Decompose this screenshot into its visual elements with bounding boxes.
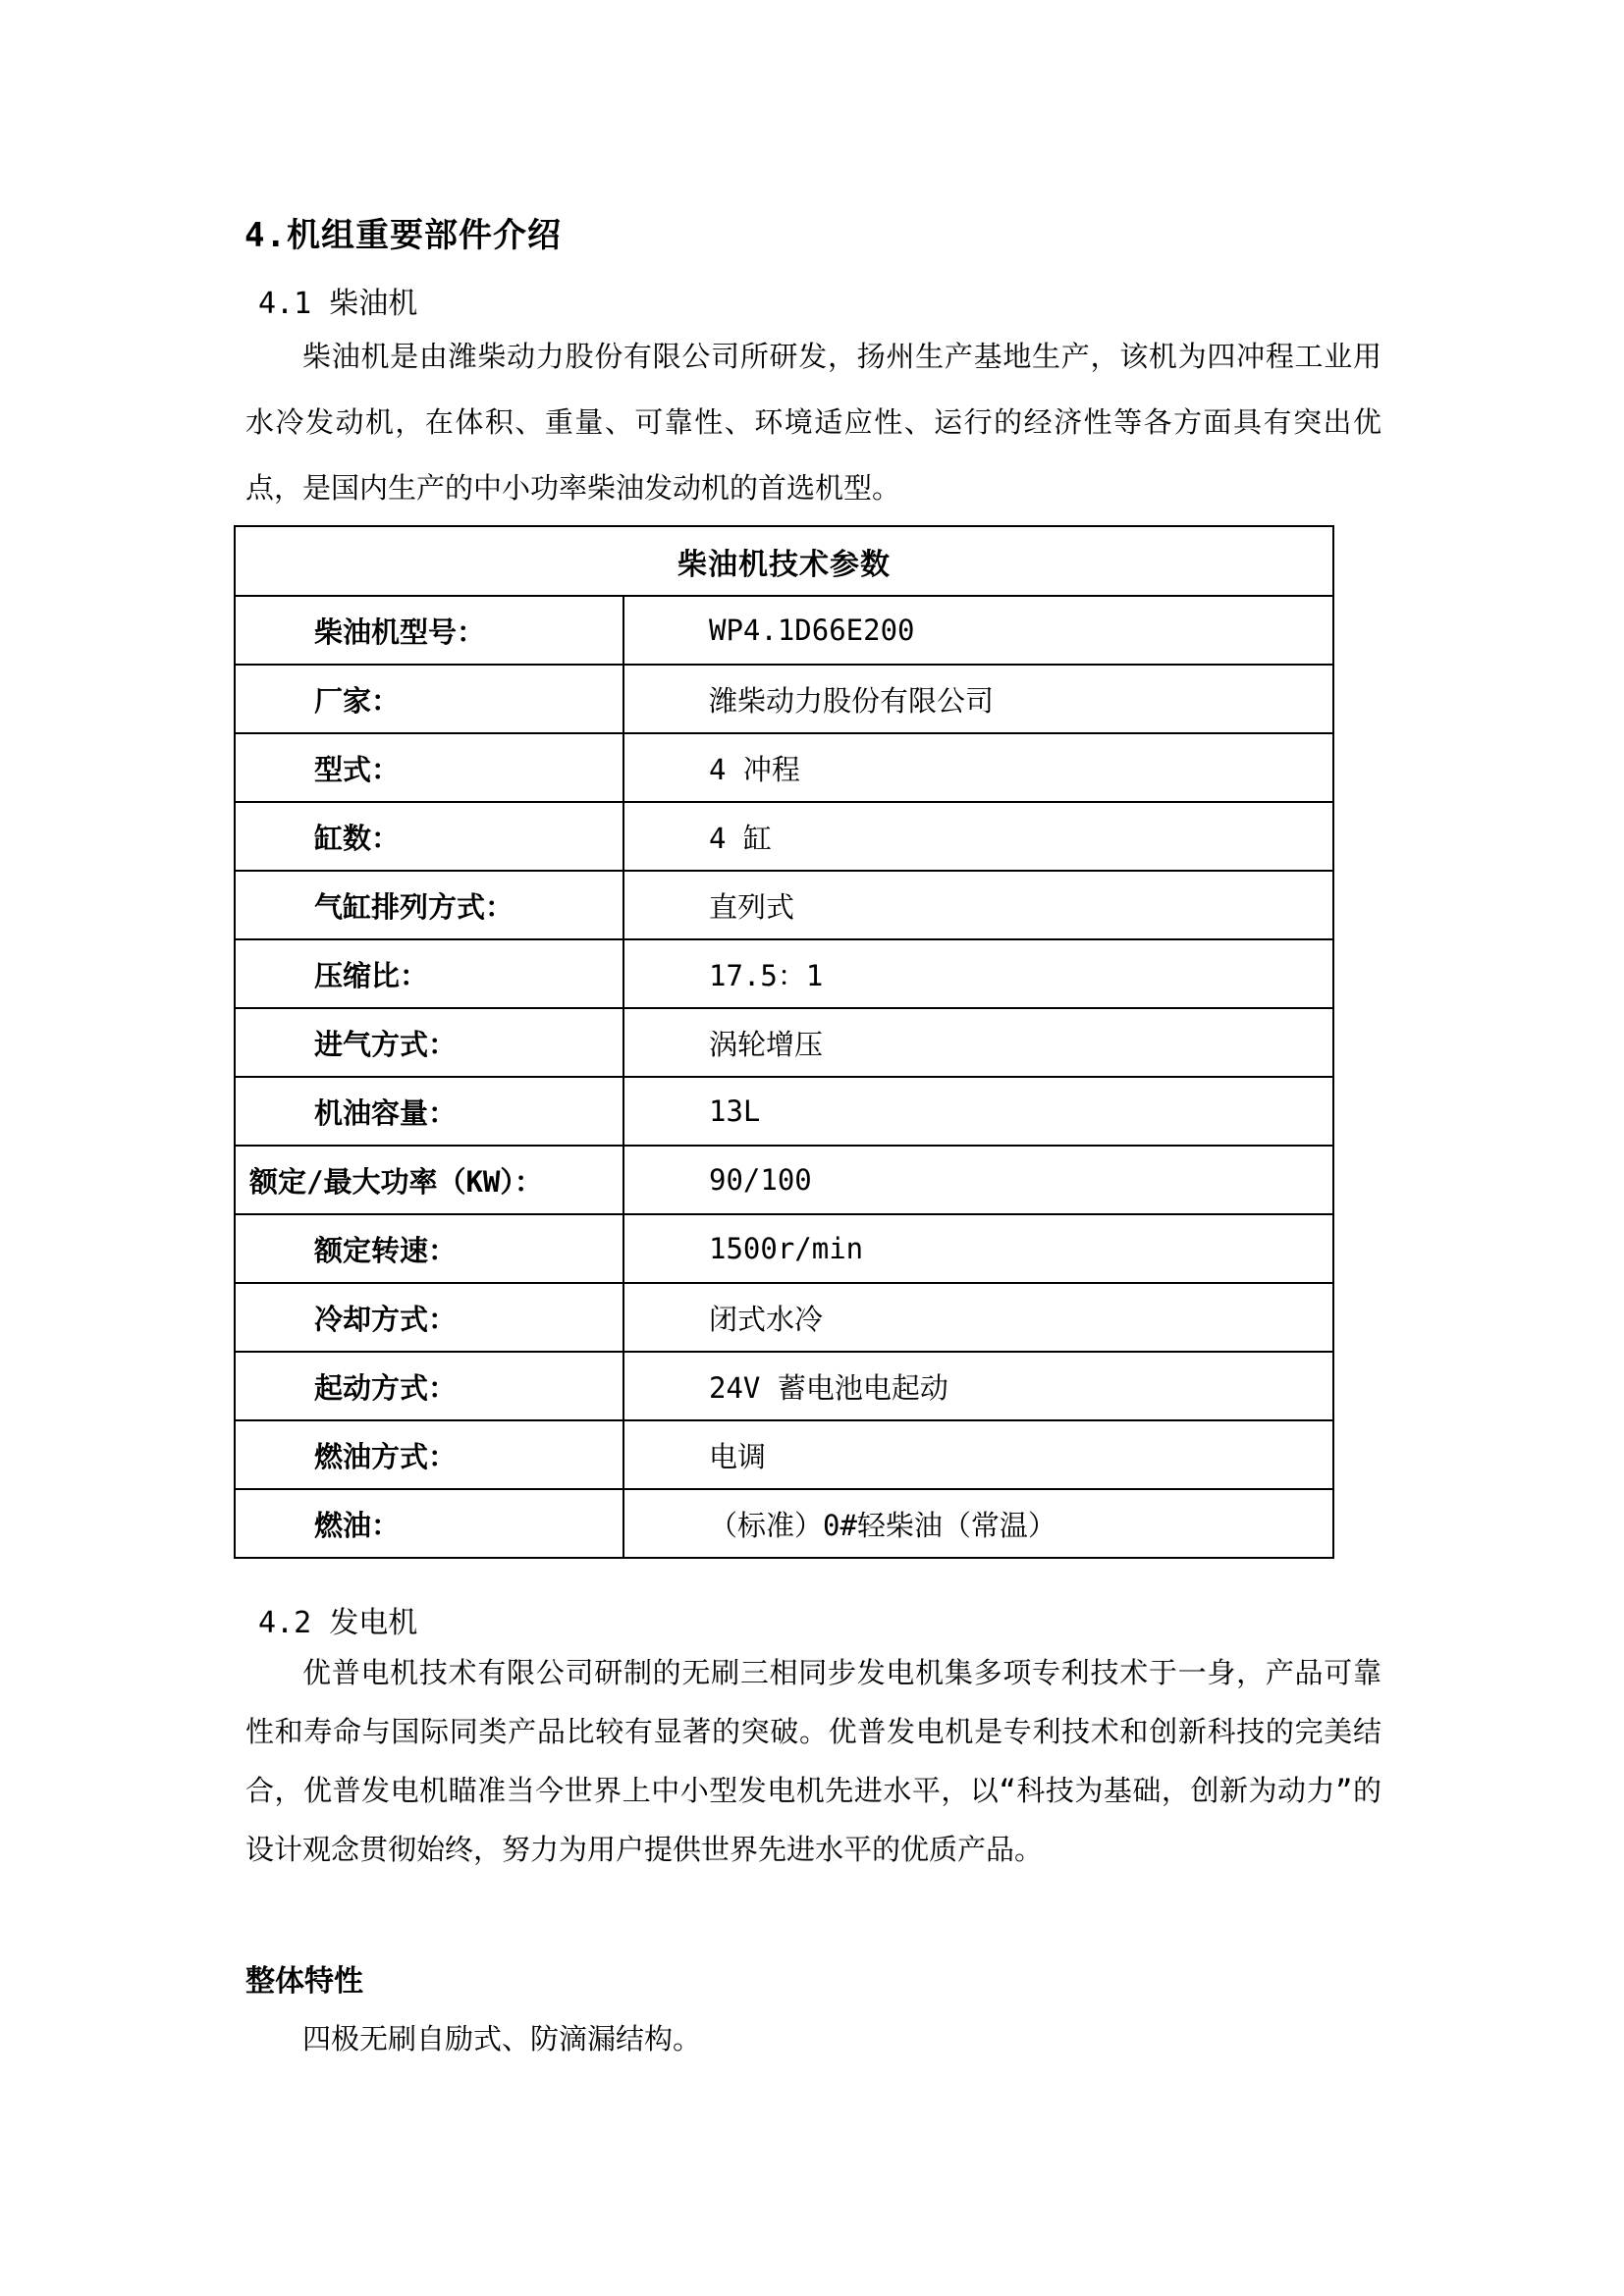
spec-value: 潍柴动力股份有限公司 [623,665,1333,733]
spec-value: 电调 [623,1420,1333,1489]
section-4-1-heading: 4.1 柴油机 [258,279,417,322]
spec-value: 直列式 [623,871,1333,939]
spec-value: 24V 蓄电池电起动 [623,1352,1333,1420]
spec-row: 气缸排列方式： 直列式 [235,871,1333,939]
section-4-2-heading: 4.2 发电机 [258,1598,417,1641]
spec-row: 缸数： 4 缸 [235,802,1333,871]
spec-label: 冷却方式： [235,1283,623,1352]
spec-label: 额定转速： [235,1214,623,1283]
spec-label: 缸数： [235,802,623,871]
spec-value: （标准）0#轻柴油（常温） [623,1489,1333,1558]
overall-features-heading: 整体特性 [245,1956,363,2000]
spec-value: 4 冲程 [623,733,1333,802]
table-title: 柴油机技术参数 [235,526,1333,596]
spec-row: 额定/最大功率（KW）： 90/100 [235,1146,1333,1214]
table-title-row: 柴油机技术参数 [235,526,1333,596]
spec-value: 13L [623,1077,1333,1146]
spec-label: 燃油： [235,1489,623,1558]
spec-row: 燃油： （标准）0#轻柴油（常温） [235,1489,1333,1558]
spec-row: 机油容量： 13L [235,1077,1333,1146]
spec-label: 气缸排列方式： [235,871,623,939]
spec-label: 额定/最大功率（KW）： [235,1146,623,1214]
features-text: 四极无刷自励式、防滴漏结构。 [245,2009,1381,2068]
spec-value: 闭式水冷 [623,1283,1333,1352]
spec-value: 17.5：1 [623,939,1333,1008]
spec-label: 型式： [235,733,623,802]
spec-row: 额定转速： 1500r/min [235,1214,1333,1283]
spec-row: 起动方式： 24V 蓄电池电起动 [235,1352,1333,1420]
spec-value: 4 缸 [623,802,1333,871]
spec-row: 冷却方式： 闭式水冷 [235,1283,1333,1352]
document-page: 4.机组重要部件介绍 4.1 柴油机 柴油机是由潍柴动力股份有限公司所研发，扬州… [0,0,1624,2296]
spec-row: 柴油机型号： WP4.1D66E200 [235,596,1333,665]
spec-value: 90/100 [623,1146,1333,1214]
spec-label: 压缩比： [235,939,623,1008]
spec-label: 厂家： [235,665,623,733]
spec-label: 机油容量： [235,1077,623,1146]
generator-intro-paragraph: 优普电机技术有限公司研制的无刷三相同步发电机集多项专利技术于一身，产品可靠性和寿… [245,1643,1381,1879]
spec-label: 进气方式： [235,1008,623,1077]
spec-label: 柴油机型号： [235,596,623,665]
spec-value: 1500r/min [623,1214,1333,1283]
spec-row: 进气方式： 涡轮增压 [235,1008,1333,1077]
section-4-heading: 4.机组重要部件介绍 [244,208,562,256]
spec-row: 燃油方式： 电调 [235,1420,1333,1489]
spec-row: 厂家： 潍柴动力股份有限公司 [235,665,1333,733]
spec-label: 燃油方式： [235,1420,623,1489]
diesel-intro-paragraph: 柴油机是由潍柴动力股份有限公司所研发，扬州生产基地生产，该机为四冲程工业用水冷发… [245,324,1381,521]
spec-row: 压缩比： 17.5：1 [235,939,1333,1008]
spec-value: WP4.1D66E200 [623,596,1333,665]
spec-row: 型式： 4 冲程 [235,733,1333,802]
diesel-specs-table: 柴油机技术参数 柴油机型号： WP4.1D66E200 厂家： 潍柴动力股份有限… [234,525,1334,1559]
spec-label: 起动方式： [235,1352,623,1420]
spec-value: 涡轮增压 [623,1008,1333,1077]
table-body: 柴油机型号： WP4.1D66E200 厂家： 潍柴动力股份有限公司 型式： 4… [235,596,1333,1558]
